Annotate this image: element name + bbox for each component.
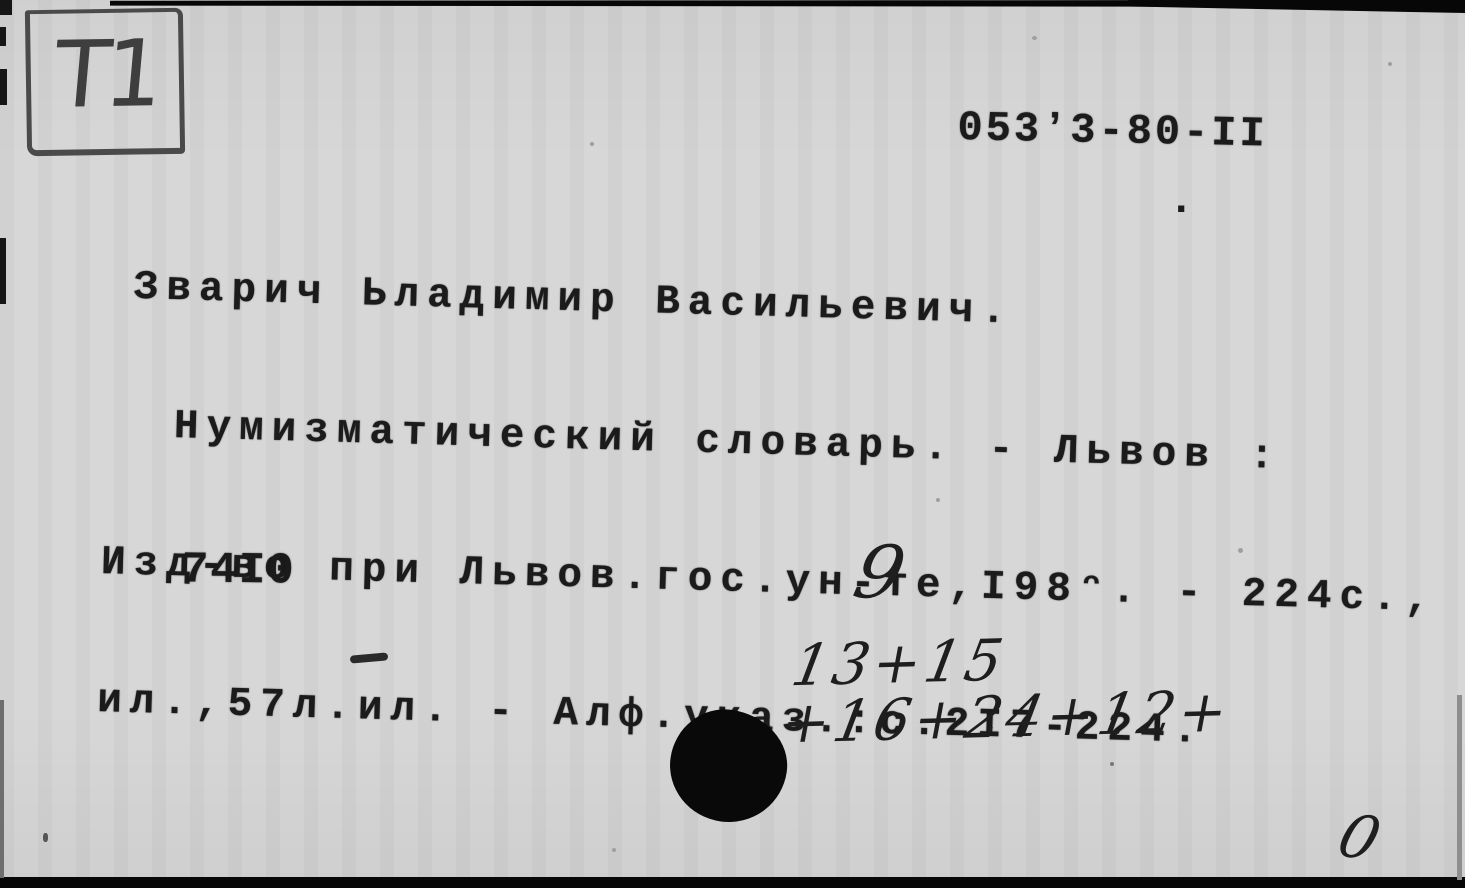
scan-edge-top-right — [1128, 0, 1465, 13]
dust-speck — [612, 848, 616, 852]
dust-speck — [1032, 36, 1037, 40]
entry-imprint-line: Изд-во при Львов.гос.ун-те,I98ᵔ. - 224с.… — [93, 540, 1454, 624]
scan-edge-left-mark — [0, 27, 6, 46]
scan-edge-left-mark — [0, 69, 7, 105]
scan-edge-left-mark — [0, 0, 12, 15]
classification-label: Т1 — [50, 28, 161, 122]
dust-speck — [590, 142, 594, 146]
handwritten-classification-box: Т1 — [25, 8, 185, 156]
dust-speck — [43, 833, 48, 842]
scan-edge-left-mark — [0, 700, 4, 878]
stray-ink-dot: . — [1168, 176, 1194, 226]
call-number: 053ʼ3-80-II — [957, 104, 1268, 158]
inventory-number: 74I0 — [182, 545, 296, 596]
entry-title-line: Нумизматический словарь. - Львов : — [97, 402, 1458, 486]
catalog-card-scan: Т1 053ʼ3-80-II Зварич Ьладимир Васильеви… — [0, 0, 1465, 888]
scan-edge-bottom — [0, 877, 1465, 888]
scan-edge-right — [1457, 695, 1462, 880]
scan-edge-left-mark — [0, 238, 6, 304]
entry-author-line: Зварич Ьладимир Васильевич. — [101, 264, 1462, 348]
handwritten-calculation: 13+15 +16+24+12+ — [777, 621, 1465, 753]
dust-speck — [1388, 62, 1392, 66]
